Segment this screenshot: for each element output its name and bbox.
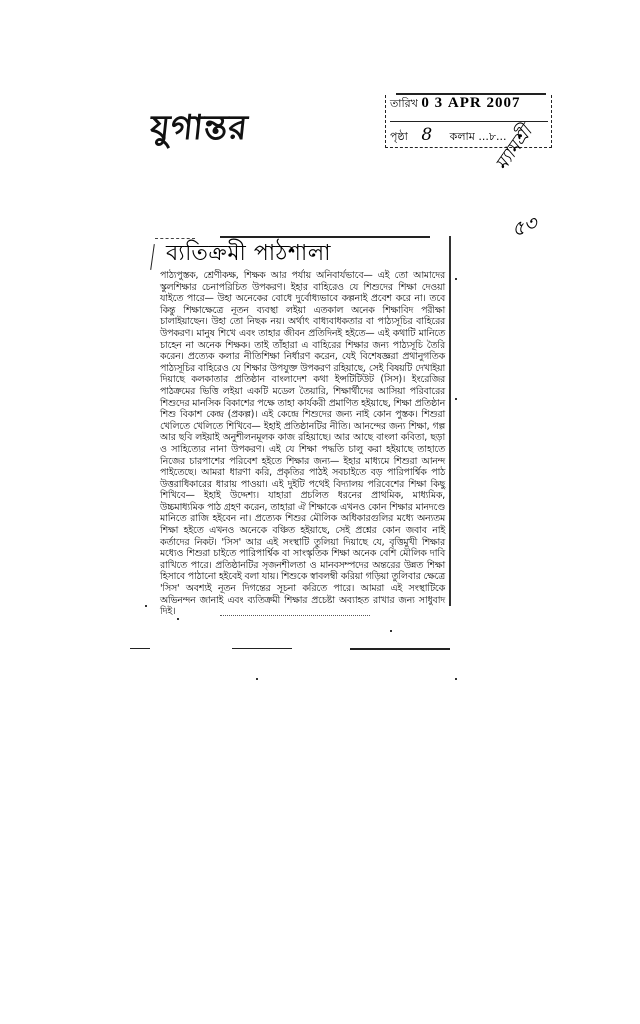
stamp-date-row: তারিখ 0 3 APR 2007	[390, 95, 520, 114]
scan-speck	[256, 678, 258, 680]
stamp-column-label: কলাম	[450, 130, 475, 143]
clipping-edge-left	[150, 244, 155, 270]
clipping-edge-bottom-2	[232, 648, 292, 649]
article-body: পাঠ্যপুস্তক, শ্রেণীকক্ষ, শিক্ষক আর পর্যা…	[160, 270, 445, 618]
scan-speck	[145, 605, 147, 607]
handwritten-number: ৫৩	[507, 209, 543, 249]
clipping-edge-bottom-1	[130, 648, 150, 649]
scan-speck	[390, 630, 392, 632]
clipping-edge-right	[449, 236, 451, 606]
scan-speck	[177, 618, 179, 620]
scan-speck	[455, 678, 457, 680]
stamp-page-value: 8	[421, 125, 432, 145]
scan-speck	[455, 398, 457, 400]
stamp-date-label: তারিখ	[390, 97, 418, 110]
stamp-page-label: পৃষ্ঠা	[390, 130, 408, 143]
clipping-edge-bottom-3	[350, 648, 450, 650]
article-headline: ব্যতিক্রমী পাঠশালা	[166, 240, 445, 268]
stamp-date-value: 0 3 APR 2007	[421, 95, 520, 111]
clipping-edge-top-left	[155, 238, 195, 239]
clipping-edge-top	[220, 236, 430, 238]
newspaper-masthead: যুগান্তর	[147, 102, 251, 159]
scan-dotted-line	[220, 615, 370, 616]
article: ব্যতিক্রমী পাঠশালা পাঠ্যপুস্তক, শ্রেণীকক…	[160, 240, 445, 618]
scan-speck	[455, 278, 457, 280]
